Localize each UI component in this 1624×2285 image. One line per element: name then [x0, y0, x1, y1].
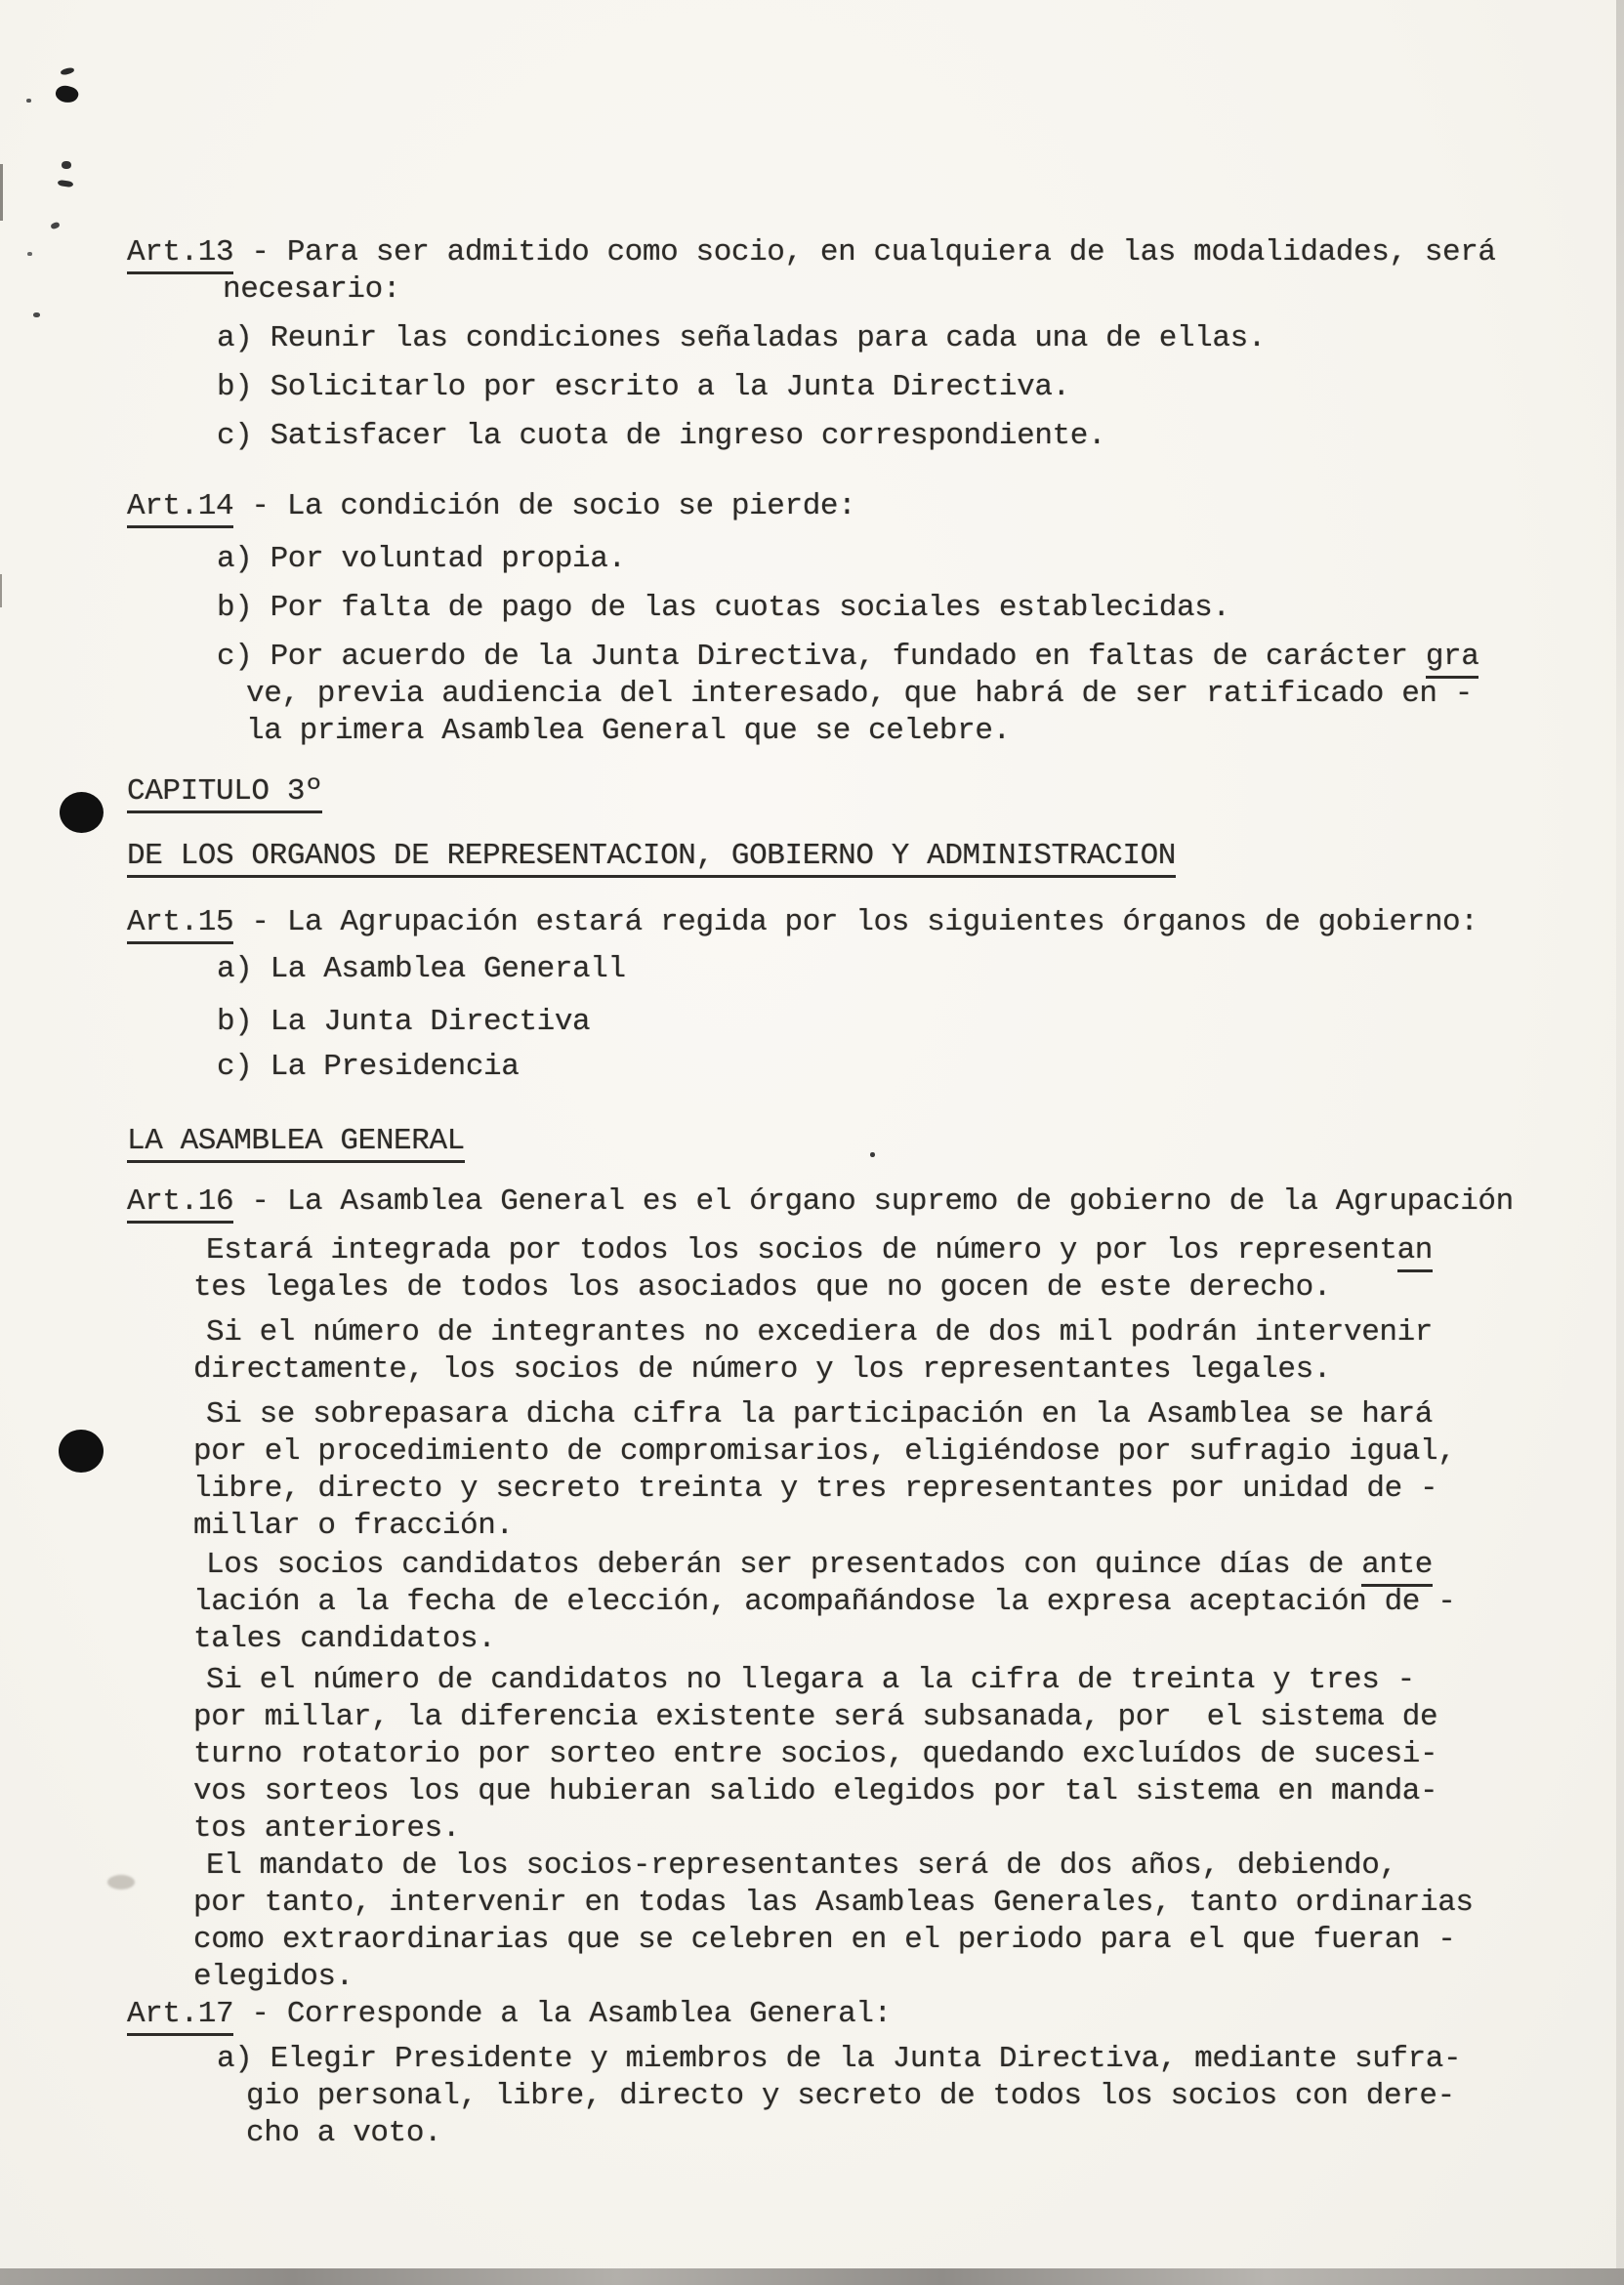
text-line: gio personal, libre, directo y secreto d… — [0, 2078, 1624, 2115]
text-line: directamente, los socios de número y los… — [0, 1351, 1624, 1389]
art-16-paragraph-2: Si el número de integrantes no excediera… — [0, 1314, 1624, 1389]
scan-bottom-edge — [0, 2268, 1624, 2285]
art-15-item-a: a) La Asamblea Generall — [0, 951, 1624, 988]
text-line: c) Satisfacer la cuota de ingreso corres… — [0, 418, 1624, 455]
art-15-opening: Art.15 - La Agrupación estará regida por… — [0, 904, 1624, 941]
text-line: b) Solicitarlo por escrito a la Junta Di… — [0, 369, 1624, 406]
art-17-item-a: a) Elegir Presidente y miembros de la Ju… — [0, 2041, 1624, 2152]
art-13-item-c: c) Satisfacer la cuota de ingreso corres… — [0, 418, 1624, 455]
text-line: c) La Presidencia — [0, 1049, 1624, 1086]
text-line: Art.16 - La Asamblea General es el órgan… — [0, 1184, 1624, 1221]
document-body: Art.13 - Para ser admitido como socio, e… — [0, 0, 1624, 2152]
text-line: la primera Asamblea General que se celeb… — [0, 713, 1624, 750]
text-line: tes legales de todos los asociados que n… — [0, 1269, 1624, 1307]
art-13-item-b: b) Solicitarlo por escrito a la Junta Di… — [0, 369, 1624, 406]
text-line: Si se sobrepasara dicha cifra la partici… — [0, 1396, 1624, 1433]
art-13-item-a: a) Reunir las condiciones señaladas para… — [0, 320, 1624, 357]
art-16-paragraph-1: Estará integrada por todos los socios de… — [0, 1232, 1624, 1307]
art-14-item-a: a) Por voluntad propia. — [0, 541, 1624, 578]
text-line: a) Por voluntad propia. — [0, 541, 1624, 578]
art-13-opening: Art.13 - Para ser admitido como socio, e… — [0, 234, 1624, 309]
text-line: por el procedimiento de compromisarios, … — [0, 1433, 1624, 1471]
scanned-page: Art.13 - Para ser admitido como socio, e… — [0, 0, 1624, 2285]
text-line: necesario: — [0, 271, 1624, 309]
text-line: cho a voto. — [0, 2115, 1624, 2152]
text-line: Si el número de candidatos no llegara a … — [0, 1662, 1624, 1699]
text-line: como extraordinarias que se celebren en … — [0, 1922, 1624, 1959]
art-14-item-b: b) Por falta de pago de las cuotas socia… — [0, 590, 1624, 627]
text-line: tales candidatos. — [0, 1621, 1624, 1658]
art-14-opening: Art.14 - La condición de socio se pierde… — [0, 488, 1624, 525]
text-line: El mandato de los socios-representantes … — [0, 1848, 1624, 1885]
art-16-paragraph-4: Los socios candidatos deberán ser presen… — [0, 1547, 1624, 1658]
text-line: turno rotatorio por sorteo entre socios,… — [0, 1736, 1624, 1773]
text-line: Art.15 - La Agrupación estará regida por… — [0, 904, 1624, 941]
art-17-opening: Art.17 - Corresponde a la Asamblea Gener… — [0, 1996, 1624, 2033]
text-line: a) La Asamblea Generall — [0, 951, 1624, 988]
text-line: CAPITULO 3º — [0, 773, 1624, 810]
text-line: b) La Junta Directiva — [0, 1004, 1624, 1041]
text-line: a) Elegir Presidente y miembros de la Ju… — [0, 2041, 1624, 2078]
art-15-item-b: b) La Junta Directiva — [0, 1004, 1624, 1041]
art-16-paragraph-5: Si el número de candidatos no llegara a … — [0, 1662, 1624, 1848]
text-line: millar o fracción. — [0, 1508, 1624, 1545]
text-line: por millar, la diferencia existente será… — [0, 1699, 1624, 1736]
text-line: lación a la fecha de elección, acompañán… — [0, 1584, 1624, 1621]
art-15-item-c: c) La Presidencia — [0, 1049, 1624, 1086]
text-line: Art.17 - Corresponde a la Asamblea Gener… — [0, 1996, 1624, 2033]
text-line: por tanto, intervenir en todas las Asamb… — [0, 1885, 1624, 1922]
subsection-heading: LA ASAMBLEA GENERAL — [0, 1123, 1624, 1160]
section-heading: DE LOS ORGANOS DE REPRESENTACION, GOBIER… — [0, 838, 1624, 875]
text-line: Estará integrada por todos los socios de… — [0, 1232, 1624, 1269]
text-line: tos anteriores. — [0, 1810, 1624, 1848]
chapter-heading: CAPITULO 3º — [0, 773, 1624, 810]
text-line: a) Reunir las condiciones señaladas para… — [0, 320, 1624, 357]
text-line: ve, previa audiencia del interesado, que… — [0, 676, 1624, 713]
text-line: b) Por falta de pago de las cuotas socia… — [0, 590, 1624, 627]
text-line: elegidos. — [0, 1959, 1624, 1996]
art-16-opening: Art.16 - La Asamblea General es el órgan… — [0, 1184, 1624, 1221]
text-line: c) Por acuerdo de la Junta Directiva, fu… — [0, 639, 1624, 676]
text-line: Art.14 - La condición de socio se pierde… — [0, 488, 1624, 525]
text-line: Los socios candidatos deberán ser presen… — [0, 1547, 1624, 1584]
text-line: DE LOS ORGANOS DE REPRESENTACION, GOBIER… — [0, 838, 1624, 875]
art-14-item-c: c) Por acuerdo de la Junta Directiva, fu… — [0, 639, 1624, 750]
text-line: Si el número de integrantes no excediera… — [0, 1314, 1624, 1351]
art-16-paragraph-6: El mandato de los socios-representantes … — [0, 1848, 1624, 1996]
text-line: Art.13 - Para ser admitido como socio, e… — [0, 234, 1624, 271]
art-16-paragraph-3: Si se sobrepasara dicha cifra la partici… — [0, 1396, 1624, 1545]
text-line: libre, directo y secreto treinta y tres … — [0, 1471, 1624, 1508]
text-line: vos sorteos los que hubieran salido eleg… — [0, 1773, 1624, 1810]
text-line: LA ASAMBLEA GENERAL — [0, 1123, 1624, 1160]
